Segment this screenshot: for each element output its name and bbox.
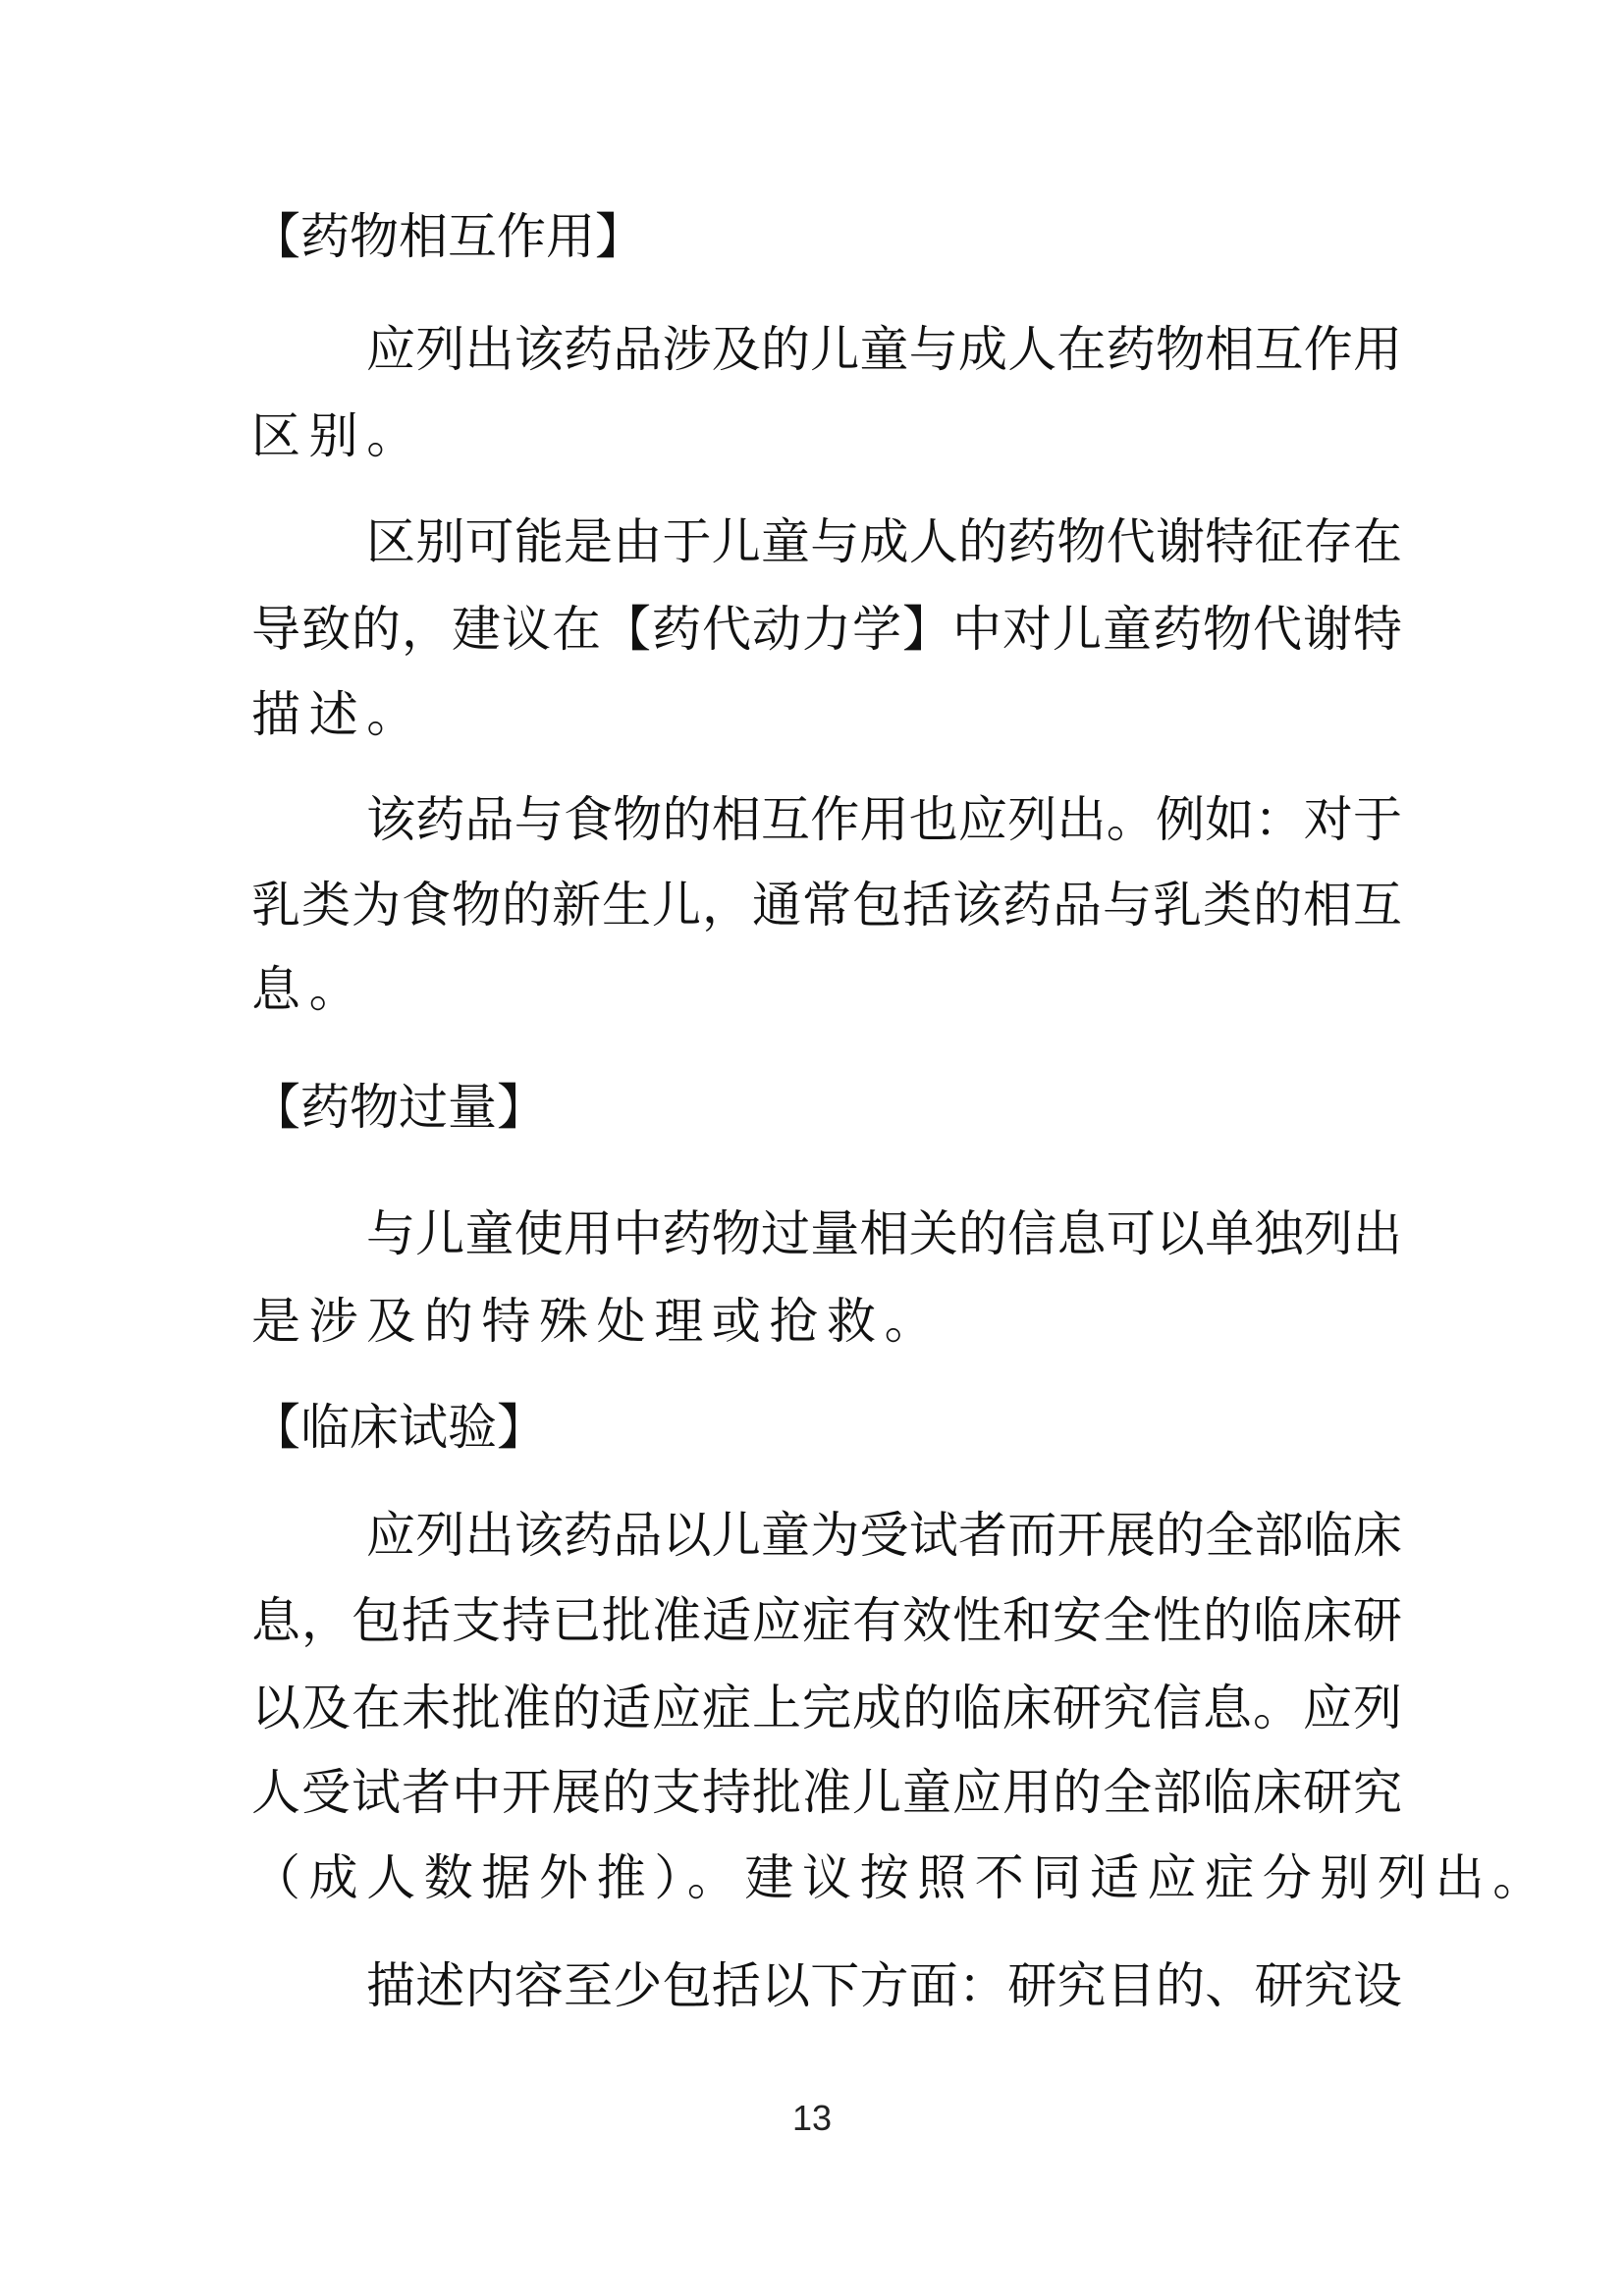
paragraph-line: 人​受​试​者​中​开​展​的​支​持​批​准​儿​童​应​用​的​全​部​临​…: [251, 1763, 1402, 1822]
paragraph-line: 导​致​的​，​建​议​在​【​药​代​动​力​学​】​中​对​儿​童​药​物​…: [251, 600, 1402, 659]
paragraph-line: 是涉及的特殊处理或抢救。: [251, 1292, 1402, 1351]
document-page: 【药物相互作用】 应​列​出​该​药​品​涉​及​的​儿​童​与​成​人​在​药…: [0, 0, 1624, 2296]
paragraph-line: 描述。: [251, 685, 1402, 744]
paragraph-line: 区​别​可​能​是​由​于​儿​童​与​成​人​的​药​物​代​谢​特​征​存​…: [366, 512, 1402, 571]
paragraph-line: 息。: [251, 960, 1402, 1019]
section-heading-clinical-trials: 【临床试验】: [251, 1398, 546, 1457]
paragraph-line: 息​，​包​括​支​持​已​批​准​适​应​症​有​效​性​和​安​全​性​的​…: [251, 1591, 1402, 1650]
paragraph-line: 应​列​出​该​药​品​以​儿​童​为​受​试​者​而​开​展​的​全​部​临​…: [366, 1506, 1402, 1565]
paragraph-line: 该​药​品​与​食​物​的​相​互​作​用​也​应​列​出​。​例​如​：​对​…: [366, 790, 1402, 849]
paragraph-line: 描​述​内​容​至​少​包​括​以​下​方​面​：​研​究​目​的​、​研​究​…: [366, 1956, 1402, 2015]
page-number: 13: [0, 2097, 1624, 2140]
paragraph-line: 乳​类​为​食​物​的​新​生​儿​，​通​常​包​括​该​药​品​与​乳​类​…: [251, 876, 1402, 934]
paragraph-line: 与​儿​童​使​用​中​药​物​过​量​相​关​的​信​息​可​以​单​独​列​…: [366, 1204, 1402, 1263]
section-heading-drug-interactions: 【药物相互作用】: [251, 207, 644, 266]
paragraph-line: 应​列​出​该​药​品​涉​及​的​儿​童​与​成​人​在​药​物​相​互​作​…: [366, 320, 1402, 379]
paragraph-line: 区别。: [251, 406, 1402, 465]
section-heading-overdose: 【药物过量】: [251, 1078, 546, 1137]
paragraph-line: （成人数据外推）。建议按照不同适应症分别列出。: [251, 1848, 1402, 1907]
paragraph-line: 以​及​在​未​批​准​的​适​应​症​上​完​成​的​临​床​研​究​信​息​…: [251, 1679, 1402, 1737]
